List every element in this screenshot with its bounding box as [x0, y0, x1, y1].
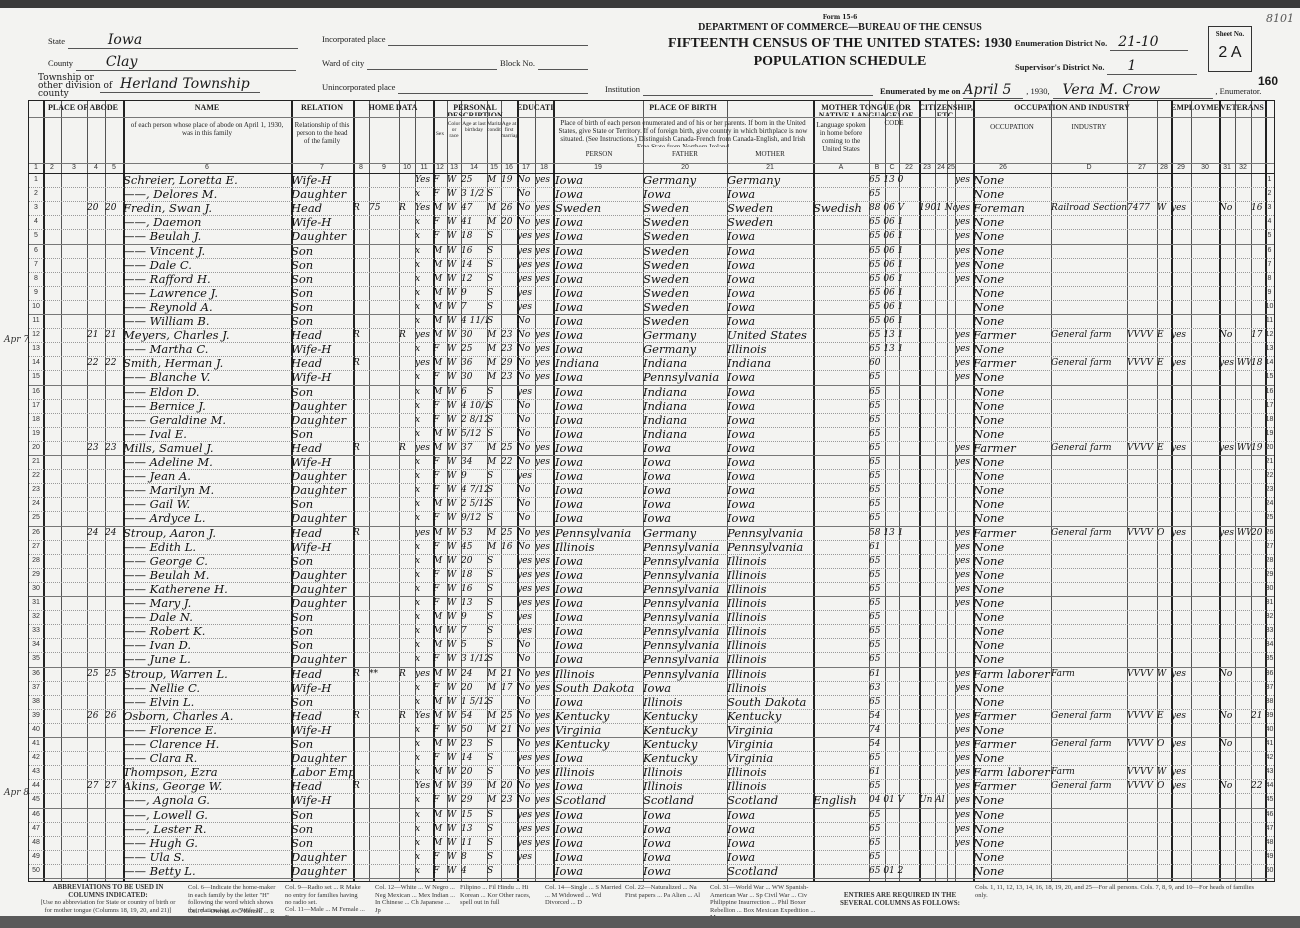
cell-read: yes [535, 455, 553, 469]
row-rule [29, 878, 1274, 879]
cell-line: 2 [29, 187, 43, 201]
column-number: C [885, 164, 899, 172]
cell-sex: M [433, 610, 447, 624]
cell-relation: Daughter [291, 652, 353, 666]
line-number-right: 12 [1265, 328, 1274, 342]
cell-line: 44 [29, 779, 43, 793]
cell-occupation: None [973, 272, 1051, 286]
cell-occupation: None [973, 497, 1051, 511]
cell-race: W [447, 709, 461, 723]
cell-occupation: None [973, 215, 1051, 229]
ward-field: Ward of city Block No. [322, 58, 588, 70]
cell-owned: x [415, 638, 435, 652]
table-row: 9—— Lawrence J.SonxMW9SyesIowaSwedenIowa… [29, 286, 1274, 300]
cell-code: 65 06 1 [869, 215, 919, 229]
cell-relation: Son [291, 695, 353, 709]
block-label: Block No. [500, 58, 535, 68]
cell-race: W [447, 681, 461, 695]
column-group-veterans: VETERANS [1219, 104, 1265, 116]
table-row: 442727Akins, George W.HeadRYesMW39M20Noy… [29, 779, 1274, 793]
cell-line: 30 [29, 582, 43, 596]
table-row: 40—— Florence E.Wife-HxFW50M21NoyesVirgi… [29, 723, 1274, 737]
column-number: 23 [919, 164, 935, 172]
cell-radio: R [399, 667, 415, 681]
column-number: 22 [899, 164, 919, 172]
ed-value: 21-10 [1110, 34, 1188, 51]
cell-age: 37 [461, 441, 487, 455]
cell-father: Indiana [643, 427, 727, 441]
column-number: A [813, 164, 869, 172]
cell-code: 65 [869, 497, 919, 511]
cell-marital: S [487, 808, 501, 822]
cell-age-marr: 19 [501, 173, 517, 187]
cell-read: yes [535, 173, 553, 187]
cell-mother: Iowa [727, 497, 813, 511]
cell-birth: Iowa [555, 272, 643, 286]
cell-father: Pennsylvania [643, 370, 727, 384]
line-number-right: 30 [1265, 582, 1274, 596]
cell-mother: Iowa [727, 427, 813, 441]
cell-relation: Head [291, 328, 353, 342]
line-number-right: 33 [1265, 624, 1274, 638]
line-number-right: 21 [1265, 455, 1274, 469]
cell-relation: Daughter [291, 187, 353, 201]
cell-owned: x [415, 229, 435, 243]
cell-line: 5 [29, 229, 43, 243]
enumerated-date: April 5 [963, 82, 1023, 99]
cell-occupation: None [973, 624, 1051, 638]
column-group-abode: PLACE OF ABODE [43, 104, 123, 116]
cell-line: 49 [29, 850, 43, 864]
cell-industry: General farm [1051, 737, 1127, 751]
cell-class: O [1157, 737, 1171, 751]
cell-read: yes [535, 709, 553, 723]
cell-sex: F [433, 229, 447, 243]
cell-code: 65 [869, 385, 919, 399]
cell-father: Pennsylvania [643, 568, 727, 582]
cell-marital: S [487, 427, 501, 441]
cell-occ-eng: yes [955, 793, 973, 807]
cell-age: 18 [461, 229, 487, 243]
cell-father: Iowa [643, 864, 727, 878]
table-row: 34—— Ivan D.SonxMW5SNoIowaPennsylvaniaIl… [29, 638, 1274, 652]
cell-father: Sweden [643, 244, 727, 258]
cell-race: W [447, 187, 461, 201]
cell-race: W [447, 215, 461, 229]
cell-relation: Head [291, 667, 353, 681]
cell-occ-eng: yes [955, 779, 973, 793]
cell-farm-sched: 17 [1251, 328, 1265, 342]
cell-age: 20 [461, 765, 487, 779]
cell-age: 2 5/12 [461, 497, 487, 511]
cell-mother: Scotland [727, 864, 813, 878]
cell-vet: No [1219, 709, 1251, 723]
cell-school: No [517, 399, 535, 413]
cell-mother: United States [727, 328, 813, 342]
column-number: 6 [123, 164, 291, 172]
cell-sex: M [433, 638, 447, 652]
line-number-right: 46 [1265, 808, 1274, 822]
cell-class: E [1157, 709, 1171, 723]
cell-tenure: R [353, 667, 369, 681]
column-group-citizenship: CITIZENSHIP, ETC. [919, 104, 973, 116]
sheet-value: 2 A [1209, 44, 1251, 62]
county-label: County [48, 58, 73, 68]
cell-ind-code: VVVV [1127, 737, 1157, 751]
cell-mother: Iowa [727, 187, 813, 201]
cell-marital: M [487, 201, 501, 215]
cell-line: 14 [29, 356, 43, 370]
cell-owned: x [415, 258, 435, 272]
cell-occupation: None [973, 723, 1051, 737]
cell-birth: Iowa [555, 483, 643, 497]
cell-owned: x [415, 850, 435, 864]
cell-father: Kentucky [643, 737, 727, 751]
line-number-right: 22 [1265, 469, 1274, 483]
cell-sex: F [433, 540, 447, 554]
cell-marital: S [487, 385, 501, 399]
cell-race: W [447, 737, 461, 751]
cell-marital: S [487, 244, 501, 258]
cell-marital: S [487, 258, 501, 272]
abbrev-note: [Use no abbreviation for State or countr… [38, 899, 178, 914]
cell-sex: F [433, 652, 447, 666]
column-number: 30 [1191, 164, 1219, 172]
cell-emp: yes [1171, 356, 1191, 370]
cell-marital: S [487, 314, 501, 328]
cell-race: W [447, 667, 461, 681]
cell-owned: x [415, 272, 435, 286]
cell-sex: F [433, 413, 447, 427]
column-number: 31 [1219, 164, 1235, 172]
cell-father: Kentucky [643, 709, 727, 723]
cell-emp: yes [1171, 526, 1191, 540]
cell-marital: S [487, 695, 501, 709]
cell-race: W [447, 568, 461, 582]
cell-dwelling: 25 [87, 667, 105, 681]
cell-name: —— Clara R. [123, 751, 291, 765]
line-number-right: 27 [1265, 540, 1274, 554]
cell-occupation: None [973, 652, 1051, 666]
cell-dwelling: 21 [87, 328, 105, 342]
cell-race: W [447, 511, 461, 525]
cell-owned: Yes [415, 201, 435, 215]
line-number-right: 16 [1265, 385, 1274, 399]
cell-occupation: None [973, 836, 1051, 850]
cell-tenure: R [353, 441, 369, 455]
cell-age: 14 [461, 751, 487, 765]
cell-industry: General farm [1051, 709, 1127, 723]
cell-relation: Wife-H [291, 215, 353, 229]
cell-sex: M [433, 624, 447, 638]
table-row: 49—— Ula S.DaughterxFW8SyesIowaIowaIowa6… [29, 850, 1274, 864]
cell-emp: yes [1171, 737, 1191, 751]
cell-mother: Iowa [727, 822, 813, 836]
column-number: 29 [1171, 164, 1191, 172]
cell-line: 26 [29, 526, 43, 540]
line-number-right: 47 [1265, 822, 1274, 836]
cell-industry: General farm [1051, 779, 1127, 793]
cell-name: —— Adeline M. [123, 455, 291, 469]
cell-read: yes [535, 215, 553, 229]
cell-birth: Iowa [555, 427, 643, 441]
cell-age: 5/12 [461, 427, 487, 441]
line-number-right: 1 [1265, 173, 1274, 187]
cell-occ-eng: yes [955, 723, 973, 737]
footer-abbreviations: ABBREVIATIONS TO BE USED IN COLUMNS INDI… [38, 884, 178, 914]
cell-sex: M [433, 554, 447, 568]
cell-birth: Illinois [555, 667, 643, 681]
cell-name: ——, Delores M. [123, 187, 291, 201]
cell-vet: No [1219, 779, 1251, 793]
cell-school: No [517, 526, 535, 540]
cell-owned: x [415, 793, 435, 807]
cell-sex: F [433, 864, 447, 878]
cell-birth: Virginia [555, 723, 643, 737]
cell-race: W [447, 356, 461, 370]
column-number: 19 [553, 164, 643, 172]
cell-birth: Iowa [555, 511, 643, 525]
form-number: Form 15-6 [620, 14, 1060, 21]
column-header-age-marriage: Age at first marriage [501, 121, 517, 161]
cell-father: Iowa [643, 441, 727, 455]
cell-birth: Iowa [555, 173, 643, 187]
table-row: 15—— Blanche V.Wife-HxFW30M23NoyesIowaPe… [29, 370, 1274, 384]
cell-occupation: None [973, 385, 1051, 399]
cell-race: W [447, 765, 461, 779]
cell-occupation: None [973, 244, 1051, 258]
cell-line: 10 [29, 300, 43, 314]
cell-occ-eng: yes [955, 215, 973, 229]
cell-relation: Wife-H [291, 455, 353, 469]
footer-col14: Col. 14—Single ... S Married ... M Widow… [545, 884, 625, 907]
cell-read: yes [535, 540, 553, 554]
cell-relation: Daughter [291, 751, 353, 765]
cell-mother: Kentucky [727, 709, 813, 723]
cell-father: Sweden [643, 314, 727, 328]
state-field: State Iowa [48, 32, 298, 49]
cell-farm-sched: 21 [1251, 709, 1265, 723]
cell-father: Iowa [643, 187, 727, 201]
cell-read: yes [535, 356, 553, 370]
cell-line: 3 [29, 201, 43, 215]
cell-school: yes [517, 751, 535, 765]
table-row: 27—— Edith L.Wife-HxFW45M16NoyesIllinois… [29, 540, 1274, 554]
cell-mother: Iowa [727, 511, 813, 525]
cell-age: 9/12 [461, 511, 487, 525]
cell-school: yes [517, 244, 535, 258]
cell-birth: Iowa [555, 610, 643, 624]
table-row: 24—— Gail W.SonxMW2 5/12SNoIowaIowaIowa6… [29, 497, 1274, 511]
cell-marital: M [487, 793, 501, 807]
cell-occ-eng: yes [955, 582, 973, 596]
line-number-right: 31 [1265, 596, 1274, 610]
cell-father: Iowa [643, 808, 727, 822]
cell-birth: Iowa [555, 413, 643, 427]
cell-mother: Illinois [727, 779, 813, 793]
cell-code: 63 [869, 681, 919, 695]
cell-occ-eng: yes [955, 441, 973, 455]
cell-owned: x [415, 286, 435, 300]
cell-owned: x [415, 342, 435, 356]
cell-dwelling: 24 [87, 526, 105, 540]
cell-class: W [1157, 765, 1171, 779]
cell-age-marr: 25 [501, 709, 517, 723]
cell-owned: Yes [415, 779, 435, 793]
line-number-right: 7 [1265, 258, 1274, 272]
table-row: 48—— Hugh G.SonxMW11SyesyesIowaIowaIowa6… [29, 836, 1274, 850]
cell-language: English [813, 793, 869, 807]
cell-tenure: R [353, 709, 369, 723]
column-header-father: FATHER [643, 150, 727, 160]
cell-occupation: None [973, 229, 1051, 243]
sheet-label: Sheet No. [1209, 30, 1251, 38]
cell-relation: Daughter [291, 568, 353, 582]
cell-name: ——, Lowell G. [123, 808, 291, 822]
cell-birth: Iowa [555, 779, 643, 793]
cell-marital: S [487, 413, 501, 427]
cell-race: W [447, 258, 461, 272]
column-header-occupation: OCCUPATION [975, 123, 1049, 157]
cell-age-marr: 25 [501, 526, 517, 540]
cell-name: Mills, Samuel J. [123, 441, 291, 455]
cell-sex: F [433, 596, 447, 610]
cell-code: 65 13 1 [869, 328, 919, 342]
cell-mother: Scotland [727, 793, 813, 807]
cell-father: Pennsylvania [643, 667, 727, 681]
cell-marital: S [487, 836, 501, 850]
cell-code: 65 [869, 582, 919, 596]
cell-birth: Iowa [555, 229, 643, 243]
table-row: 25—— Ardyce L.DaughterxFW9/12SNoIowaIowa… [29, 511, 1274, 525]
incorporated-place-field: Incorporated place [322, 34, 588, 46]
table-row: 23—— Marilyn M.DaughterxFW4 7/12SNoIowaI… [29, 483, 1274, 497]
cell-code: 65 [869, 483, 919, 497]
cell-class: E [1157, 356, 1171, 370]
cell-school: yes [517, 836, 535, 850]
cell-race: W [447, 695, 461, 709]
cell-sex: F [433, 455, 447, 469]
cell-occ-eng: yes [955, 737, 973, 751]
cell-line: 41 [29, 737, 43, 751]
cell-mother: Iowa [727, 483, 813, 497]
cell-marital: M [487, 709, 501, 723]
cell-birth: Iowa [555, 497, 643, 511]
cell-owned: yes [415, 526, 435, 540]
column-number: 32 [1235, 164, 1251, 172]
cell-occ-eng: yes [955, 258, 973, 272]
column-header-code: CODE [871, 119, 917, 129]
cell-father: Iowa [643, 511, 727, 525]
cell-race: W [447, 314, 461, 328]
cell-relation: Daughter [291, 596, 353, 610]
table-row: 19—— Ival E.SonxMW5/12SNoIowaIndianaIowa… [29, 427, 1274, 441]
column-number: 14 [461, 164, 487, 172]
cell-father: Sweden [643, 286, 727, 300]
cell-sex: M [433, 258, 447, 272]
cell-sex: M [433, 328, 447, 342]
cell-father: Germany [643, 342, 727, 356]
cell-name: —— Hugh G. [123, 836, 291, 850]
cell-relation: Wife-H [291, 173, 353, 187]
cell-line: 27 [29, 540, 43, 554]
cell-birth: Iowa [555, 187, 643, 201]
cell-sex: M [433, 300, 447, 314]
cell-owned: x [415, 187, 435, 201]
cell-mother: Iowa [727, 258, 813, 272]
margin-note-line-12: Apr 7 [4, 335, 29, 345]
cell-line: 23 [29, 483, 43, 497]
line-number-right: 8 [1265, 272, 1274, 286]
cell-ind-code: 7477 [1127, 201, 1157, 215]
cell-occupation: None [973, 540, 1051, 554]
cell-race: W [447, 554, 461, 568]
cell-sex: F [433, 850, 447, 864]
cell-birth: Sweden [555, 201, 643, 215]
cell-read: yes [535, 342, 553, 356]
cell-relation: Daughter [291, 229, 353, 243]
column-header-birth-desc: Place of birth of each person enumerated… [555, 119, 811, 147]
cell-school: yes [517, 554, 535, 568]
cell-age-marr: 21 [501, 723, 517, 737]
cell-owned: x [415, 568, 435, 582]
cell-father: Sweden [643, 201, 727, 215]
line-number-right: 20 [1265, 441, 1274, 455]
cell-school: No [517, 187, 535, 201]
cell-name: —— Ival E. [123, 427, 291, 441]
cell-age: 4 7/12 [461, 483, 487, 497]
column-group-name: NAME [123, 104, 291, 116]
cell-owned: x [415, 413, 435, 427]
cell-occupation: None [973, 413, 1051, 427]
cell-age: 7 [461, 300, 487, 314]
table-row: 142222Smith, Herman J.HeadRyesMW36M29Noy… [29, 356, 1274, 370]
cell-emp: yes [1171, 201, 1191, 215]
cell-age: 20 [461, 554, 487, 568]
cell-age: 7 [461, 624, 487, 638]
cell-vet: No [1219, 737, 1251, 751]
cell-relation: Son [291, 624, 353, 638]
cell-school: yes [517, 808, 535, 822]
cell-name: —— Dale C. [123, 258, 291, 272]
column-group-occupation: OCCUPATION AND INDUSTRY [973, 104, 1171, 116]
cell-occupation: None [973, 427, 1051, 441]
table-row: 47——, Lester R.SonxMW13SyesyesIowaIowaIo… [29, 822, 1274, 836]
cell-father: Sweden [643, 215, 727, 229]
cell-relation: Son [291, 314, 353, 328]
cell-code: 65 [869, 596, 919, 610]
cell-marital: M [487, 526, 501, 540]
cell-birth: Iowa [555, 244, 643, 258]
table-row: 45——, Agnola G.Wife-HxFW29M23NoyesScotla… [29, 793, 1274, 807]
cell-mother: Virginia [727, 723, 813, 737]
column-header-color: Color or race [447, 121, 461, 161]
cell-school: No [517, 201, 535, 215]
column-number: 25 [947, 164, 955, 172]
cell-family: 23 [105, 441, 123, 455]
column-number: 9 [369, 164, 399, 172]
cell-read: yes [535, 568, 553, 582]
line-number-right: 42 [1265, 751, 1274, 765]
cell-father: Pennsylvania [643, 554, 727, 568]
line-number-right: 5 [1265, 229, 1274, 243]
cell-father: Germany [643, 526, 727, 540]
cell-occupation: None [973, 850, 1051, 864]
cell-read: yes [535, 441, 553, 455]
cell-birth: Iowa [555, 638, 643, 652]
cell-industry: General farm [1051, 356, 1127, 370]
table-row: 29—— Beulah M.DaughterxFW18SyesyesIowaPe… [29, 568, 1274, 582]
